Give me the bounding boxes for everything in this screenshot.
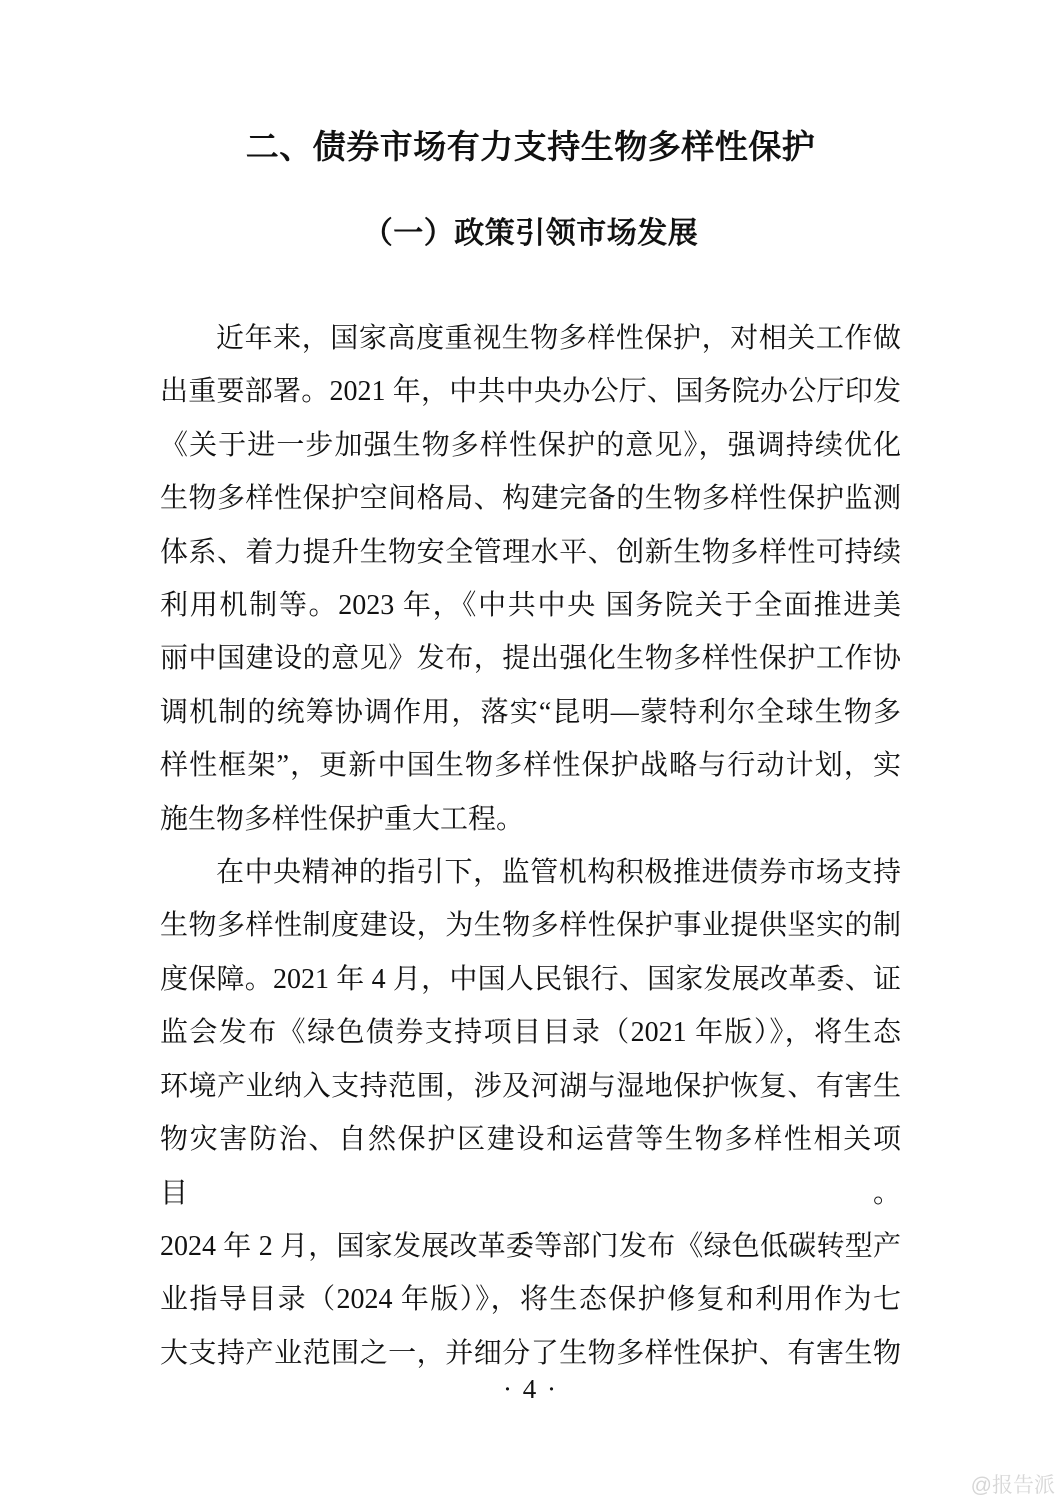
watermark: @报告派: [971, 1469, 1055, 1499]
text-line: 业指导目录（2024 年版）》，将生态保护修复和利用作为七: [160, 1273, 901, 1326]
text-line: 利用机制等。2023 年，《中共中央 国务院关于全面推进美: [160, 579, 901, 632]
text-line: 度保障。2021 年 4 月，中国人民银行、国家发展改革委、证: [160, 953, 901, 1006]
text-line: 在中央精神的指引下，监管机构积极推进债券市场支持: [160, 846, 901, 899]
text-line: 调机制的统筹协调作用，落实“昆明—蒙特利尔全球生物多: [160, 686, 901, 739]
text-line: 体系、着力提升生物安全管理水平、创新生物多样性可持续: [160, 526, 901, 579]
page-number: · 4 ·: [0, 1374, 1061, 1405]
text-line: 生物多样性保护空间格局、构建完备的生物多样性保护监测: [160, 472, 901, 525]
text-line: 丽中国建设的意见》发布，提出强化生物多样性保护工作协: [160, 632, 901, 685]
text-line: 样性框架”，更新中国生物多样性保护战略与行动计划，实: [160, 739, 901, 792]
text-line: 监会发布《绿色债券支持项目目录（2021 年版）》，将生态: [160, 1006, 901, 1059]
text-line: 大支持产业范围之一，并细分了生物多样性保护、有害生物: [160, 1327, 901, 1380]
text-line: 环境产业纳入支持范围，涉及河湖与湿地保护恢复、有害生: [160, 1060, 901, 1113]
section-heading: 二、债券市场有力支持生物多样性保护: [0, 127, 1061, 170]
text-line: 出重要部署。2021 年，中共中央办公厅、国务院办公厅印发: [160, 365, 901, 418]
text-line: 施生物多样性保护重大工程。: [160, 793, 901, 846]
subsection-heading: （一）政策引领市场发展: [0, 214, 1061, 253]
text-line: 物灾害防治、自然保护区建设和运营等生物多样性相关项目。: [160, 1113, 901, 1220]
text-line: 生物多样性制度建设，为生物多样性保护事业提供坚实的制: [160, 899, 901, 952]
text-line: 《关于进一步加强生物多样性保护的意见》，强调持续优化: [160, 419, 901, 472]
text-line: 近年来，国家高度重视生物多样性保护，对相关工作做: [160, 312, 901, 365]
body-text: 近年来，国家高度重视生物多样性保护，对相关工作做出重要部署。2021 年，中共中…: [160, 312, 901, 1380]
text-line: 2024 年 2 月，国家发展改革委等部门发布《绿色低碳转型产: [160, 1220, 901, 1273]
document-page: 二、债券市场有力支持生物多样性保护 （一）政策引领市场发展 近年来，国家高度重视…: [0, 0, 1061, 1500]
